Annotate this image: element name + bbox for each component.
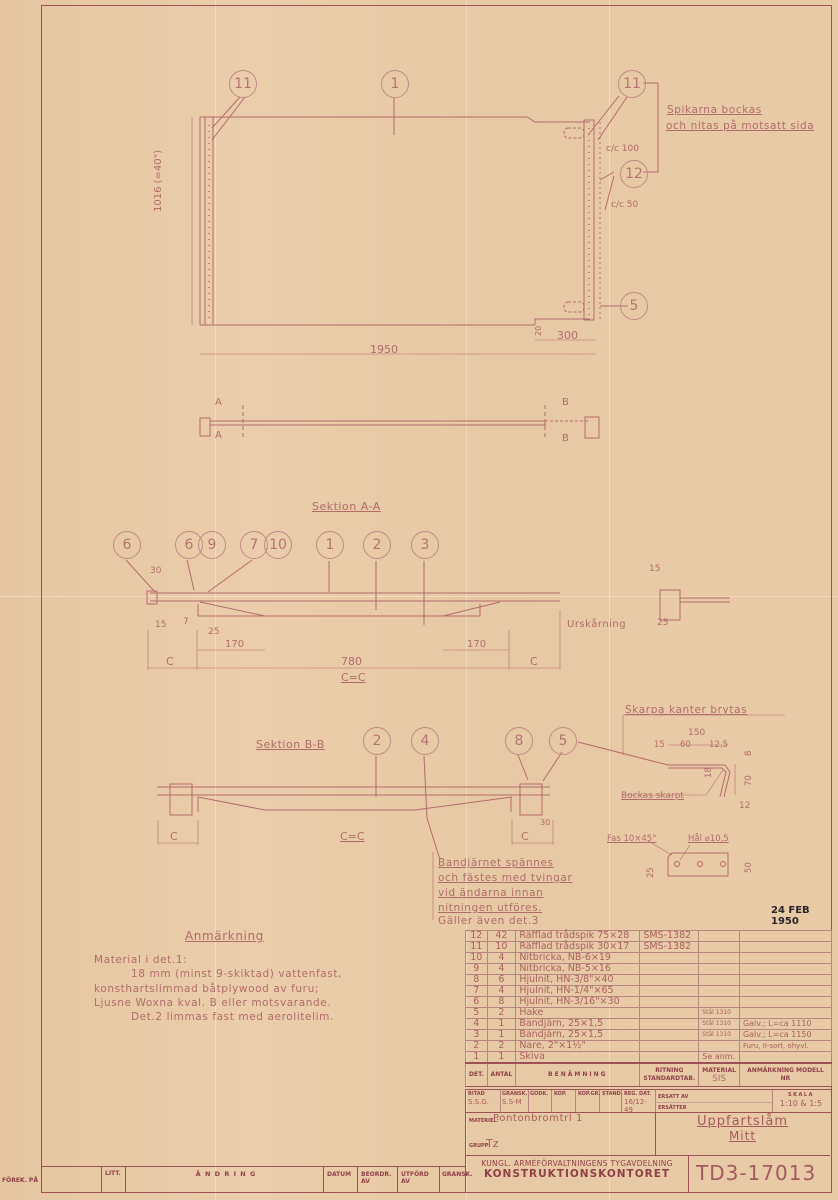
dim-c-left: C: [166, 655, 174, 668]
label-godk: GODK.: [528, 1090, 552, 1112]
dim-c-equals-c: C=C: [341, 671, 366, 684]
balloon-3: 3: [411, 531, 439, 559]
plate-note-chamfer: Fas 10×45°: [607, 834, 656, 844]
cell-material: [699, 942, 740, 953]
cell-benamning: Bandjärn, 25×1,5: [516, 1030, 640, 1041]
label-stand: STAND.: [600, 1090, 622, 1112]
plan-view: [192, 83, 658, 354]
cell-anm: Galv.; L=ca 1150: [739, 1030, 831, 1041]
balloon-4: 4: [411, 727, 439, 755]
label-datum: DATUM: [323, 1167, 357, 1192]
cell-det: 3: [466, 1030, 488, 1041]
balloon-label: 11: [234, 76, 252, 92]
cell-material: [699, 1041, 740, 1052]
cell-benamning: Hjulnit, HN-1/4"×65: [516, 986, 640, 997]
balloon-5: 5: [549, 727, 577, 755]
dim-12-5: 12,5: [709, 740, 728, 750]
balloon-6: 6: [113, 531, 141, 559]
table-row: 41Bandjärn, 25×1,5Stål 1310Galv.; L=ca 1…: [466, 1019, 832, 1030]
balloon-2: 2: [363, 531, 391, 559]
balloon-label: 4: [421, 733, 430, 749]
cut-a-top: A: [215, 397, 222, 408]
side-view: [200, 405, 599, 440]
cell-benamning: Hake: [516, 1008, 640, 1019]
cell-antal: 2: [487, 1041, 516, 1052]
balloon-label: 1: [326, 537, 335, 553]
strap-note-5: Gäller även det.3: [438, 914, 539, 929]
section-aa-title: Sektion A-A: [312, 500, 381, 513]
dim-c-equals-c-bb: C=C: [340, 830, 365, 843]
cell-anm: [739, 1008, 831, 1019]
received-date-stamp: 24 FEB 1950: [771, 905, 838, 927]
cell-benamning: Bandjärn, 25×1,5: [516, 1019, 640, 1030]
cell-ritning: SMS-1382: [640, 942, 699, 953]
parts-list-table: 1242Räfflad trådspik 75×28SMS-1382 1110R…: [465, 930, 832, 1087]
table-row: 31Bandjärn, 25×1,5Stål 1310Galv.; L=ca 1…: [466, 1030, 832, 1041]
balloon-label: 1: [391, 76, 400, 92]
cell-material: Stål 1310: [699, 1030, 740, 1041]
cell-material: [699, 953, 740, 964]
header-benamning: BENÄMNING: [516, 1063, 640, 1087]
hook-note-bend: Bockas skarpt: [621, 791, 684, 801]
balloon-12: 12: [620, 160, 648, 188]
table-row: 68Hjulnit, HN-3/16"×30: [466, 997, 832, 1008]
cell-det: 11: [466, 942, 488, 953]
table-row: 52HakeStål 1310: [466, 1008, 832, 1019]
header-det: DET.: [466, 1063, 488, 1087]
plan-note-line1: Spikarna bockas: [667, 103, 762, 118]
cell-anm: [739, 964, 831, 975]
table-row: 94Nitbricka, NB-5×16: [466, 964, 832, 975]
cell-det: 12: [466, 931, 488, 942]
cell-anm: [739, 986, 831, 997]
cell-anm: Galv.; L=ca 1110: [739, 1019, 831, 1030]
dim-30-bb: 30: [540, 818, 550, 827]
plate-dim-50: 50: [744, 862, 754, 873]
dim-780: 780: [341, 655, 362, 668]
table-row: 74Hjulnit, HN-1/4"×65: [466, 986, 832, 997]
section-a-a: [126, 560, 730, 670]
label-andring: Ä N D R I N G: [126, 1170, 326, 1178]
cell-det: 4: [466, 1019, 488, 1030]
balloon-label: 6: [185, 537, 194, 553]
cell-antal: 4: [487, 964, 516, 975]
org-department: KONSTRUKTIONSKONTORET: [466, 1168, 688, 1180]
cell-benamning: Hjulnit, HN-3/8"×40: [516, 975, 640, 986]
value-materiel: Pontonbromtrl 1: [493, 1113, 583, 1124]
header-antal: ANTAL: [487, 1063, 516, 1087]
cell-anm: [739, 997, 831, 1008]
org-name: KUNGL. ARMÉFÖRVALTNINGENS TYGAVDELNING: [466, 1156, 688, 1168]
label-urskarning: Urskårning: [567, 619, 626, 630]
cell-anm: Furu, II-sort, ohyvl.: [739, 1041, 831, 1052]
cell-material: Stål 1310: [699, 1008, 740, 1019]
cell-antal: 8: [487, 997, 516, 1008]
cell-ritning: [640, 953, 699, 964]
balloon-8: 8: [505, 727, 533, 755]
balloon-2: 2: [363, 727, 391, 755]
drawing-title: Uppfartslåm: [655, 1112, 830, 1129]
plate-dim-25: 25: [646, 867, 656, 878]
cell-ritning: [640, 1030, 699, 1041]
material-standard: SIS: [702, 1075, 736, 1083]
balloon-label: 7: [250, 537, 259, 553]
label-skala: SKALA: [772, 1090, 830, 1098]
cell-ritning: [640, 997, 699, 1008]
dim-170-left: 170: [225, 639, 244, 650]
dim-70: 70: [744, 775, 754, 786]
remarks-line-1: Material i det.1:: [94, 953, 187, 968]
cell-benamning: Hjulnit, HN-3/16"×30: [516, 997, 640, 1008]
remarks-line-3: konsthartslimmad båtplywood av furu;: [94, 982, 319, 997]
cell-material: Se anm.: [699, 1052, 740, 1064]
label-utford-av: UTFÖRD AV: [397, 1167, 439, 1192]
table-row: 86Hjulnit, HN-3/8"×40: [466, 975, 832, 986]
balloon-label: 3: [421, 537, 430, 553]
cell-det: 5: [466, 1008, 488, 1019]
cell-ritning: [640, 975, 699, 986]
balloon-label: 8: [515, 733, 524, 749]
balloon-label: 12: [625, 166, 643, 182]
dim-15-hook: 15: [654, 740, 665, 750]
spacing-100: c/c 100: [606, 144, 639, 154]
cell-det: 6: [466, 997, 488, 1008]
label-litt: LITT.: [101, 1167, 126, 1192]
balloon-label: 9: [208, 537, 217, 553]
strap-note-3: vid ändarna innan: [438, 886, 543, 901]
balloon-label: 10: [269, 537, 287, 553]
cell-ritning: [640, 1052, 699, 1064]
plan-note-line2: och nitas på motsatt sida: [666, 119, 814, 134]
dim-30: 30: [150, 566, 161, 576]
value-skala: 1:10 & 1:5: [772, 1098, 830, 1108]
label-ersatt-av: ERSATT AV: [655, 1090, 772, 1103]
cell-material: [699, 931, 740, 942]
table-header-row: DET. ANTAL BENÄMNING RITNING STANDARDTAB…: [466, 1063, 832, 1087]
cell-anm: [739, 942, 831, 953]
header-ritning: RITNING STANDARDTAB.: [640, 1063, 699, 1087]
label-kop: KOP.: [552, 1090, 576, 1112]
dim-18: 18: [704, 767, 714, 778]
remarks-line-2: 18 mm (minst 9-skiktad) vattenfast,: [131, 967, 342, 982]
plate-detail: [648, 841, 728, 876]
cell-material: [699, 997, 740, 1008]
remarks-line-4: Ljusne Woxna kval. B eller motsvarande.: [94, 996, 331, 1011]
label-reg-dat: REG. DAT.: [622, 1090, 655, 1098]
balloon-label: 5: [630, 298, 639, 314]
cut-b-bottom: B: [562, 433, 569, 444]
cell-benamning: Nare, 2"×1½": [516, 1041, 640, 1052]
label-gransk-rev: GRANSK.: [439, 1167, 465, 1192]
cell-det: 7: [466, 986, 488, 997]
cell-det: 10: [466, 953, 488, 964]
dim-c-left-bb: C: [170, 830, 178, 843]
dim-length: 1950: [370, 343, 398, 356]
dim-notch-width: 300: [557, 329, 578, 342]
cell-ritning: [640, 1008, 699, 1019]
cell-material: Stål 1310: [699, 1019, 740, 1030]
cell-antal: 42: [487, 931, 516, 942]
dim-12: 12: [739, 801, 750, 811]
cell-anm: [739, 931, 831, 942]
cell-det: 8: [466, 975, 488, 986]
cell-benamning: Skiva: [516, 1052, 640, 1064]
drawing-title-block: Uppfartslåm Mitt: [655, 1112, 830, 1156]
balloon-label: 2: [373, 733, 382, 749]
organization-block: KUNGL. ARMÉFÖRVALTNINGENS TYGAVDELNING K…: [466, 1156, 689, 1192]
balloon-9: 9: [198, 531, 226, 559]
cell-antal: 4: [487, 953, 516, 964]
cell-anm: [739, 953, 831, 964]
cell-det: 2: [466, 1041, 488, 1052]
dim-7: 7: [183, 617, 189, 627]
header-anmarkning: ANMÄRKNING MODELL NR: [739, 1063, 831, 1087]
dim-25-right: 25: [657, 618, 668, 628]
balloon-1: 1: [316, 531, 344, 559]
strap-note-1: Bandjärnet spännes: [438, 856, 554, 871]
dim-170-right: 170: [467, 639, 486, 650]
cell-benamning: Räfflad trådspik 75×28: [516, 931, 640, 942]
dim-height: 1016 (=40"): [153, 150, 164, 212]
dim-15: 15: [155, 620, 166, 630]
dim-notch-height: 20: [534, 326, 543, 336]
dim-8: 8: [744, 751, 754, 756]
title-block: RITAD S.S.G. GRANSK. S.S-M GODK. KOP. KO…: [465, 1089, 832, 1193]
materiel-block: MATERIEL: Pontonbromtrl 1 GRUPP: Tz: [466, 1112, 656, 1156]
table-row: 11SkivaSe anm.: [466, 1052, 832, 1064]
balloon-label: 6: [123, 537, 132, 553]
cell-det: 1: [466, 1052, 488, 1064]
label-kop-gr: KOP.GR.: [576, 1090, 600, 1112]
value-grupp: Tz: [486, 1137, 499, 1150]
balloon-5: 5: [620, 292, 648, 320]
cell-antal: 2: [487, 1008, 516, 1019]
cell-benamning: Nitbricka, NB-5×16: [516, 964, 640, 975]
cell-benamning: Räfflad trådspik 30×17: [516, 942, 640, 953]
strap-note-2: och fästes med tvingar: [438, 871, 572, 886]
cell-anm: [739, 975, 831, 986]
revision-block: FÖREK. PÅ LITT. Ä N D R I N G DATUM BEOR…: [41, 1166, 465, 1193]
table-row: 1242Räfflad trådspik 75×28SMS-1382: [466, 931, 832, 942]
balloon-11: 11: [229, 70, 257, 98]
cell-antal: 4: [487, 986, 516, 997]
dim-25: 25: [208, 627, 219, 637]
cell-ritning: [640, 1041, 699, 1052]
cell-det: 9: [466, 964, 488, 975]
dim-150: 150: [688, 728, 705, 738]
plate-note-hole: Hål ⌀10,5: [688, 834, 729, 844]
value-ritad: S.S.G.: [466, 1098, 500, 1106]
hook-note-edges: Skarpa kanter brytas: [625, 704, 747, 716]
cell-antal: 1: [487, 1019, 516, 1030]
cell-material: [699, 975, 740, 986]
drawing-subtitle: Mitt: [655, 1129, 830, 1143]
table-row: 1110Räfflad trådspik 30×17SMS-1382: [466, 942, 832, 953]
dim-c-right: C: [530, 655, 538, 668]
remarks-title: Anmärkning: [185, 929, 264, 943]
label-gransk: GRANSK.: [500, 1090, 528, 1098]
cell-ritning: [640, 1019, 699, 1030]
cell-antal: 1: [487, 1052, 516, 1064]
dim-c-right-bb: C: [521, 830, 529, 843]
cell-anm: [739, 1052, 831, 1064]
cell-ritning: SMS-1382: [640, 931, 699, 942]
cut-a-bottom: A: [215, 430, 222, 441]
remarks-line-5: Det.2 limmas fast med aerolitelim.: [131, 1010, 334, 1025]
balloon-10: 10: [264, 531, 292, 559]
balloon-label: 5: [559, 733, 568, 749]
cut-b-top: B: [562, 397, 569, 408]
table-row: 104Nitbricka, NB-6×19: [466, 953, 832, 964]
balloon-1: 1: [381, 70, 409, 98]
spacing-50: c/c 50: [611, 200, 638, 210]
cell-benamning: Nitbricka, NB-6×19: [516, 953, 640, 964]
header-material: MATERIALSIS: [699, 1063, 740, 1087]
balloon-label: 2: [373, 537, 382, 553]
cell-ritning: [640, 986, 699, 997]
balloon-label: 11: [623, 76, 641, 92]
section-bb-title: Sektion B-B: [256, 738, 325, 751]
cell-antal: 1: [487, 1030, 516, 1041]
cell-antal: 6: [487, 975, 516, 986]
balloon-11: 11: [618, 70, 646, 98]
cell-ritning: [640, 964, 699, 975]
value-gransk: S.S-M: [500, 1098, 528, 1106]
dim-60: 60: [680, 740, 691, 750]
dim-15-right: 15: [649, 564, 660, 574]
label-beordr-av: BEORDR. AV: [357, 1167, 397, 1192]
section-b-b: [157, 742, 668, 860]
cell-material: [699, 986, 740, 997]
label-forek-pa: FÖREK. PÅ: [2, 1177, 38, 1184]
cell-material: [699, 964, 740, 975]
label-ritad: RITAD: [466, 1090, 500, 1098]
approval-row: RITAD S.S.G. GRANSK. S.S-M GODK. KOP. KO…: [466, 1090, 831, 1113]
drawing-number: TD3-17013: [690, 1156, 836, 1192]
cell-antal: 10: [487, 942, 516, 953]
table-row: 22Nare, 2"×1½"Furu, II-sort, ohyvl.: [466, 1041, 832, 1052]
